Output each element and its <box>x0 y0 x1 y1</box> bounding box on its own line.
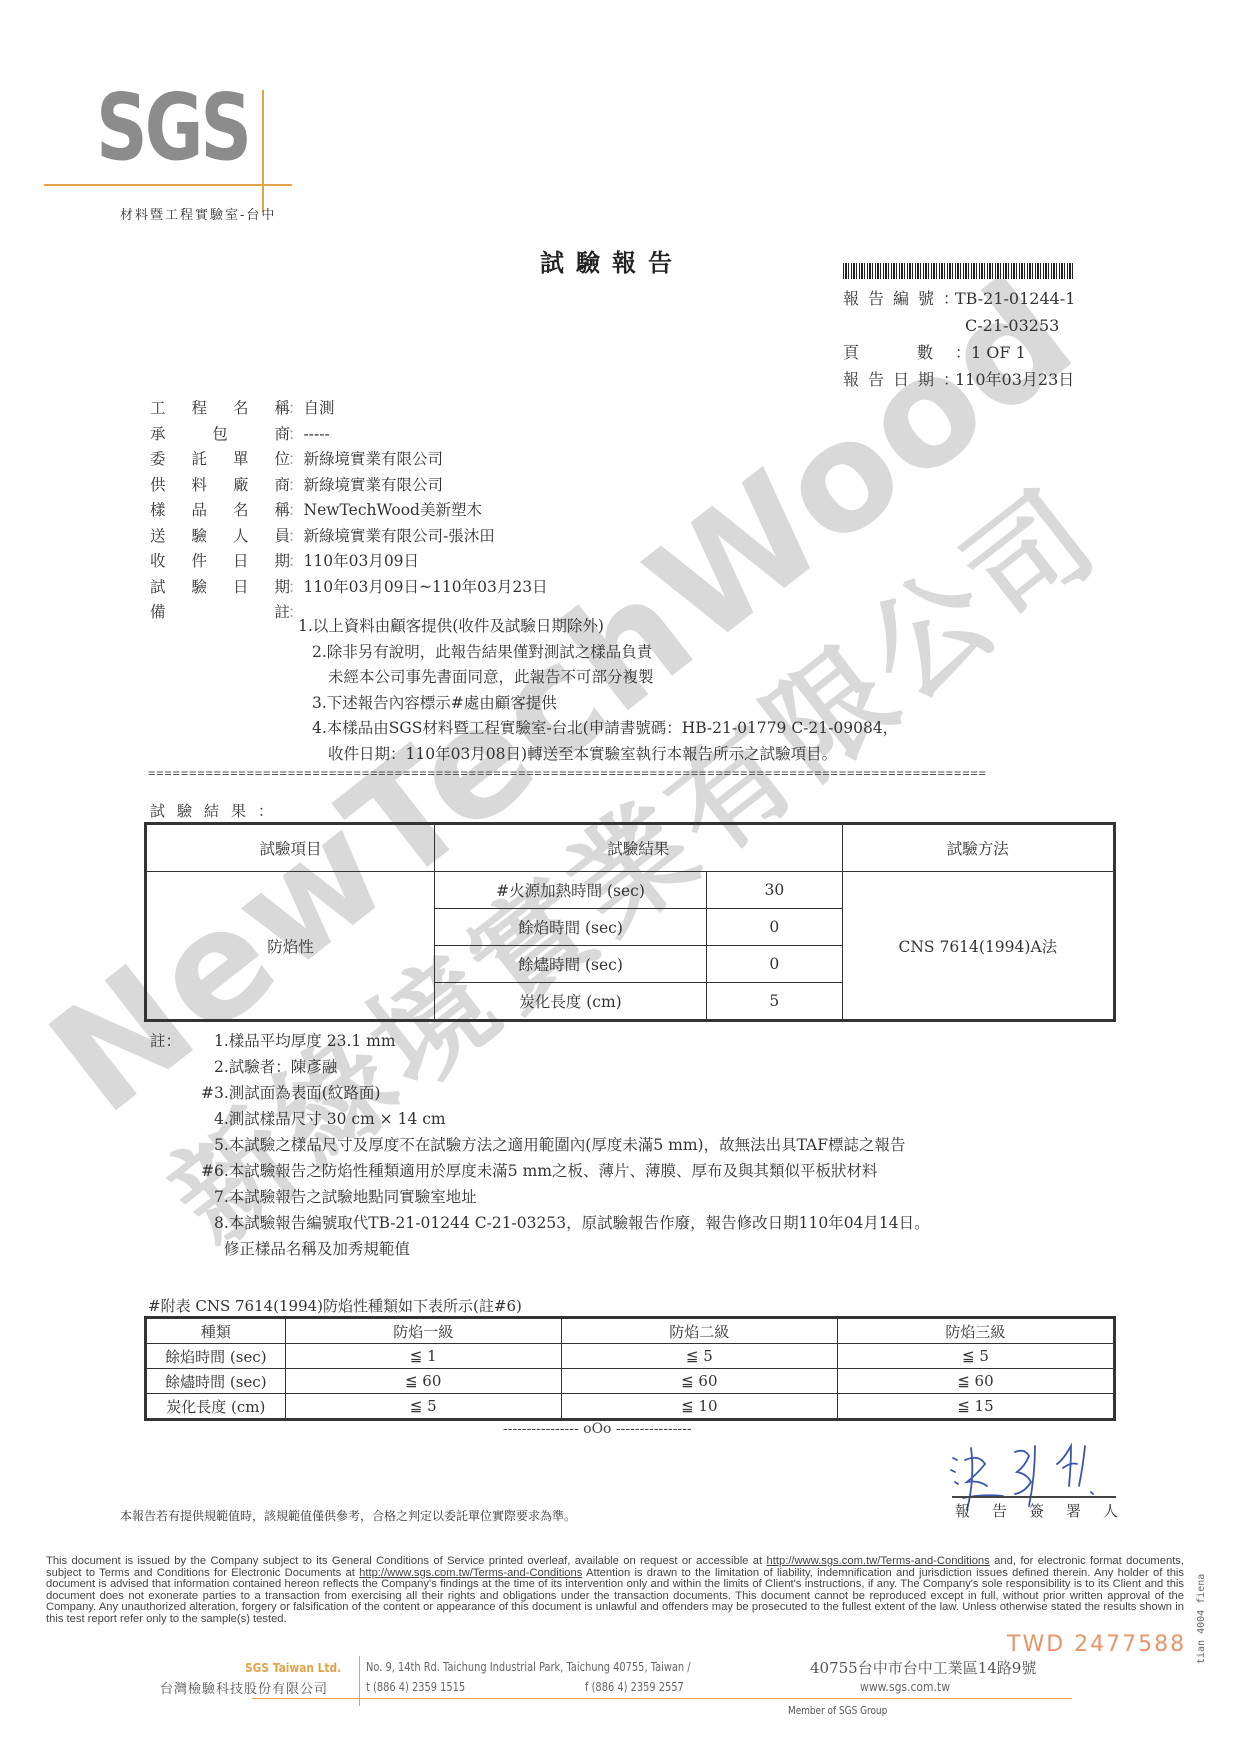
info-row: 供料廠商：新綠境實業有限公司 <box>150 473 548 499</box>
result-name: #火源加熱時間 (sec) <box>434 872 706 909</box>
appendix-header: 防焰三級 <box>837 1318 1114 1344</box>
page-count-row: 頁數 ：1 OF 1 <box>843 339 1075 366</box>
remarks: 1.以上資料由顧客提供(收件及試驗日期除外) 2.除非另有說明，此報告結果僅對測… <box>298 614 898 767</box>
appendix-cell: ≦ 5 <box>561 1344 837 1369</box>
note-line: 4.測試樣品尺寸 30 cm × 14 cm <box>150 1106 930 1132</box>
appendix-cell: ≦ 60 <box>837 1369 1114 1394</box>
result-name: 炭化長度 (cm) <box>434 983 706 1021</box>
info-label: 供料廠商 <box>150 473 294 499</box>
appendix-cell: ≦ 60 <box>285 1369 561 1394</box>
side-code: tian 4004 fiena <box>1196 1574 1208 1664</box>
info-label: 承包商 <box>150 422 294 448</box>
info-value: ：----- <box>294 422 330 448</box>
appendix-cell: ≦ 60 <box>561 1369 837 1394</box>
document-title: 試驗報告 <box>540 243 684 278</box>
info-row: 送驗人員：新綠境實業有限公司-張沐田 <box>150 524 548 550</box>
meta-label <box>843 312 955 339</box>
note-line: 8.本試驗報告編號取代TB-21-01244 C-21-03253，原試驗報告作… <box>150 1210 930 1236</box>
appendix-cell: ≦ 1 <box>285 1344 561 1369</box>
info-value: ：自測 <box>294 396 335 422</box>
appendix-header: 防焰一級 <box>285 1318 561 1344</box>
info-label: 樣品名稱 <box>150 498 294 524</box>
signature-label: 報告簽署人 <box>955 1500 1140 1521</box>
results-header-row: 試驗項目 試驗結果 試驗方法 <box>146 824 1115 872</box>
barcode <box>843 263 1075 279</box>
table-row: 餘燼時間 (sec) ≦ 60 ≦ 60 ≦ 60 <box>146 1369 1115 1394</box>
info-row: 試驗日期：110年03月09日~110年03月23日 <box>150 575 548 601</box>
report-meta: 報告編號： TB-21-01244-1 C-21-03253 頁數 ：1 OF … <box>843 285 1075 393</box>
info-value: ：新綠境實業有限公司 <box>294 447 443 473</box>
report-number-row-2: C-21-03253 <box>843 312 1075 339</box>
table-row: 炭化長度 (cm) ≦ 5 ≦ 10 ≦ 15 <box>146 1394 1115 1420</box>
terms-link-electronic[interactable]: http://www.sgs.com.tw/Terms-and-Conditio… <box>359 1567 582 1579</box>
info-fields: 工程名稱：自測承包商：-----委託單位：新綠境實業有限公司供料廠商：新綠境實業… <box>150 396 548 626</box>
results-table: 試驗項目 試驗結果 試驗方法 防焰性 #火源加熱時間 (sec) 30 CNS … <box>144 822 1116 1022</box>
info-row: 委託單位：新綠境實業有限公司 <box>150 447 548 473</box>
header-test-item: 試驗項目 <box>146 824 435 872</box>
report-date: 110年03月23日 <box>955 366 1074 393</box>
info-row: 工程名稱：自測 <box>150 396 548 422</box>
info-value: ：110年03月09日 <box>294 549 419 575</box>
info-value: ：110年03月09日~110年03月23日 <box>294 575 548 601</box>
end-mark: ---------------- oOo ---------------- <box>503 1421 692 1437</box>
meta-label: 報告日期： <box>843 366 955 393</box>
note-line: 2.試驗者：陳彥融 <box>150 1054 930 1080</box>
appendix-title: #附表 CNS 7614(1994)防焰性種類如下表所示(註#6) <box>148 1295 522 1316</box>
info-value: ：新綠境實業有限公司-張沐田 <box>294 524 495 550</box>
footer-divider-horizontal <box>252 1698 1072 1699</box>
remark-line: 4.本樣品由SGS材料暨工程實驗室-台北(申請書號碼：HB-21-01779 C… <box>298 716 898 742</box>
remark-line: 1.以上資料由顧客提供(收件及試驗日期除外) <box>298 614 898 640</box>
info-row: 收件日期：110年03月09日 <box>150 549 548 575</box>
sgs-logo: SGS 材料暨工程實驗室-台中 <box>44 80 304 220</box>
footer-website[interactable]: www.sgs.com.tw <box>860 1680 950 1694</box>
info-label: 試驗日期 <box>150 575 294 601</box>
info-label: 送驗人員 <box>150 524 294 550</box>
appendix-header: 防焰二級 <box>561 1318 837 1344</box>
result-value: 30 <box>707 872 843 909</box>
appendix-cell: ≦ 5 <box>285 1394 561 1420</box>
legal-disclaimer: This document is issued by the Company s… <box>46 1556 1184 1626</box>
serial-number: TWD 2477588 <box>1007 1632 1186 1657</box>
remark-line: 2.除非另有說明，此報告結果僅對測試之樣品負責 <box>298 640 898 666</box>
meta-label: 報告編號： <box>843 285 955 312</box>
table-row: 餘焰時間 (sec) ≦ 1 ≦ 5 ≦ 5 <box>146 1344 1115 1369</box>
info-label: 備註 <box>150 600 294 626</box>
notes: 註：1.樣品平均厚度 23.1 mm2.試驗者：陳彥融#3.測試面為表面(紋路面… <box>150 1028 930 1262</box>
page-count: ：1 OF 1 <box>955 339 1026 366</box>
table-row: 防焰性 #火源加熱時間 (sec) 30 CNS 7614(1994)A法 <box>146 872 1115 909</box>
separator-line: ========================================… <box>148 770 1116 778</box>
report-date-row: 報告日期： 110年03月23日 <box>843 366 1075 393</box>
results-label: 試驗結果： <box>150 800 285 821</box>
header-test-result: 試驗結果 <box>434 824 842 872</box>
header-test-method: 試驗方法 <box>842 824 1114 872</box>
info-row: 樣品名稱：NewTechWood美新塑木 <box>150 498 548 524</box>
appendix-cell: 餘焰時間 (sec) <box>146 1344 286 1369</box>
logo-vertical-rule <box>262 90 264 212</box>
remark-line: 收件日期：110年03月08日)轉送至本實驗室執行本報告所示之試驗項目。 <box>298 742 898 768</box>
meta-label: 頁數 <box>843 339 955 366</box>
note-line: 修正樣品名稱及加秀規範值 <box>150 1236 930 1262</box>
appendix-header-row: 種類 防焰一級 防焰二級 防焰三級 <box>146 1318 1115 1344</box>
footer-company-zh: 台灣檢驗科技股份有限公司 <box>160 1678 328 1697</box>
appendix-cell: ≦ 10 <box>561 1394 837 1420</box>
appendix-header: 種類 <box>146 1318 286 1344</box>
footer-address-zh: 40755台中市台中工業區14路9號 <box>810 1657 1036 1678</box>
result-value: 5 <box>707 983 843 1021</box>
logo-subtitle: 材料暨工程實驗室-台中 <box>120 204 276 223</box>
result-name: 餘燼時間 (sec) <box>434 946 706 983</box>
logo-horizontal-rule <box>44 184 292 186</box>
appendix-cell: ≦ 5 <box>837 1344 1114 1369</box>
test-item: 防焰性 <box>146 872 435 1021</box>
info-value: ：新綠境實業有限公司 <box>294 473 443 499</box>
report-number-secondary: C-21-03253 <box>955 312 1059 339</box>
result-name: 餘焰時間 (sec) <box>434 909 706 946</box>
note-line: 5.本試驗之樣品尺寸及厚度不在試驗方法之適用範圍內(厚度未滿5 mm)，故無法出… <box>150 1132 930 1158</box>
appendix-cell: 炭化長度 (cm) <box>146 1394 286 1420</box>
remark-line: 3.下述報告內容標示#處由顧客提供 <box>298 691 898 717</box>
note-line: 註：1.樣品平均厚度 23.1 mm <box>150 1028 930 1054</box>
note-line: 7.本試驗報告之試驗地點同實驗室地址 <box>150 1184 930 1210</box>
result-value: 0 <box>707 909 843 946</box>
note-line: #6.本試驗報告之防焰性種類適用於厚度未滿5 mm之板、薄片、薄膜、厚布及與其類… <box>150 1158 930 1184</box>
report-number: TB-21-01244-1 <box>955 285 1075 312</box>
terms-link[interactable]: http://www.sgs.com.tw/Terms-and-Conditio… <box>767 1555 990 1567</box>
info-row: 承包商：----- <box>150 422 548 448</box>
appendix-cell: ≦ 15 <box>837 1394 1114 1420</box>
logo-brand: SGS <box>96 74 249 181</box>
footer-member: Member of SGS Group <box>788 1705 887 1717</box>
note-line: #3.測試面為表面(紋路面) <box>150 1080 930 1106</box>
footer-fax: f (886 4) 2359 2557 <box>585 1680 684 1694</box>
info-label: 委託單位 <box>150 447 294 473</box>
footer-company-en: SGS Taiwan Ltd. <box>245 1660 341 1675</box>
result-value: 0 <box>707 946 843 983</box>
disclaimer-zh: 本報告若有提供規範值時，該規範值僅供參考，合格之判定以委託單位實際要求為準。 <box>120 1507 576 1524</box>
signature-line <box>952 1496 1116 1498</box>
info-label: 收件日期 <box>150 549 294 575</box>
footer-telephone: t (886 4) 2359 1515 <box>366 1680 465 1694</box>
info-value: ：NewTechWood美新塑木 <box>294 498 482 524</box>
footer-address-en: No. 9, 14th Rd. Taichung Industrial Park… <box>366 1660 691 1674</box>
report-number-row: 報告編號： TB-21-01244-1 <box>843 285 1075 312</box>
info-label: 工程名稱 <box>150 396 294 422</box>
test-method: CNS 7614(1994)A法 <box>842 872 1114 1021</box>
appendix-cell: 餘燼時間 (sec) <box>146 1369 286 1394</box>
remark-line: 未經本公司事先書面同意，此報告不可部分複製 <box>298 665 898 691</box>
appendix-table: 種類 防焰一級 防焰二級 防焰三級 餘焰時間 (sec) ≦ 1 ≦ 5 ≦ 5… <box>144 1316 1116 1421</box>
